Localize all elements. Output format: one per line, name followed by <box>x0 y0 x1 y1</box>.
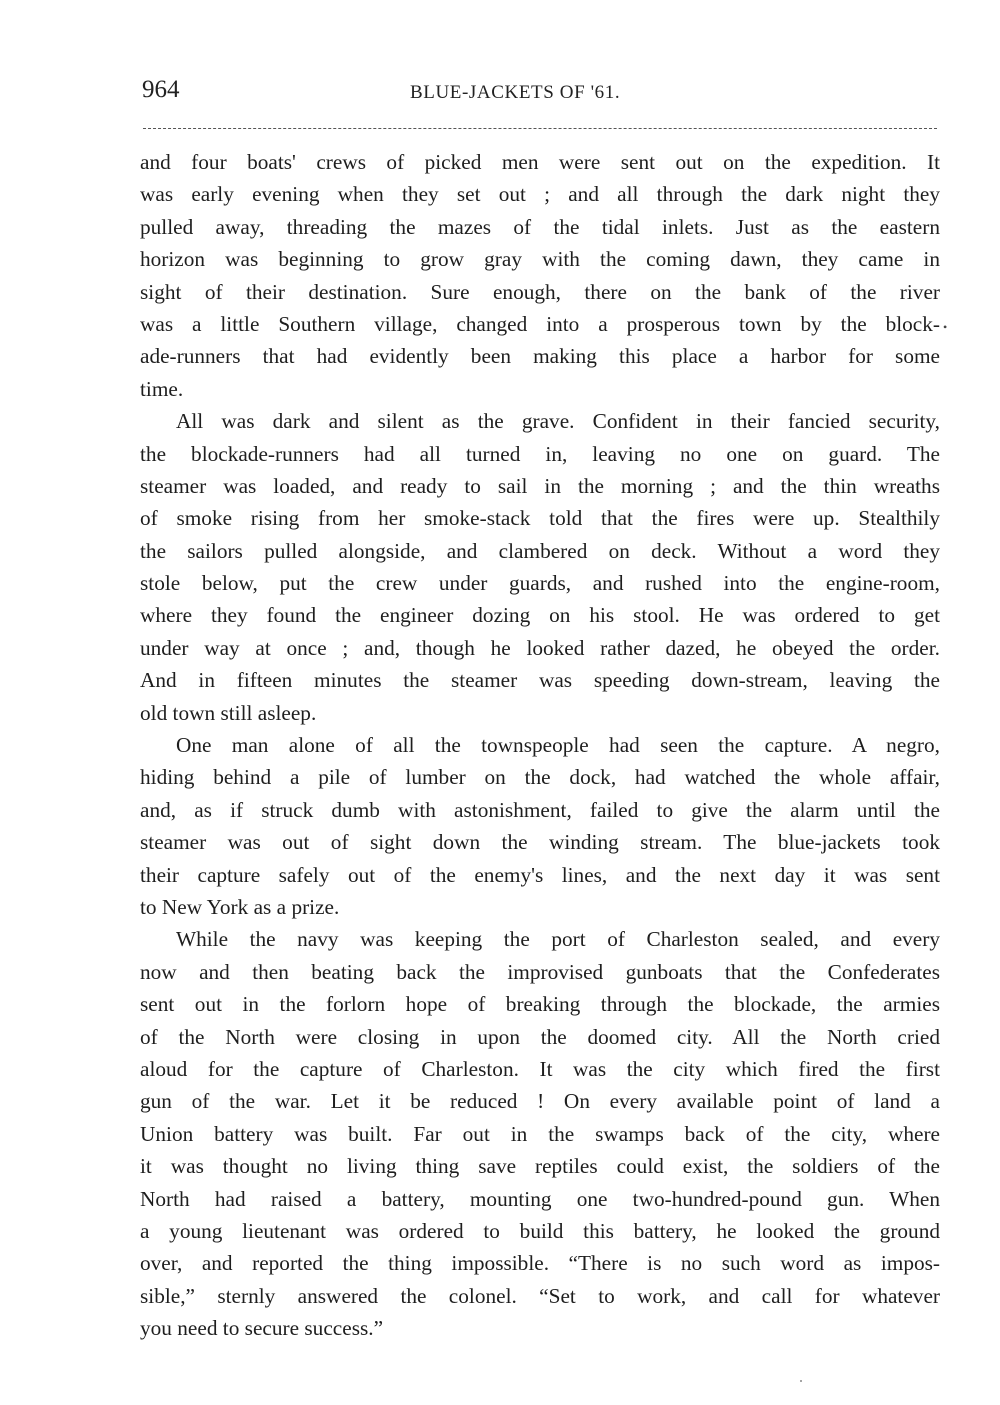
text-line: All was dark and silent as the grave. Co… <box>140 405 940 437</box>
text-line: One man alone of all the townspeople had… <box>140 729 940 761</box>
text-line: While the navy was keeping the port of C… <box>140 923 940 955</box>
text-line: the blockade-runners had all turned in, … <box>140 438 940 470</box>
text-line: of the North were closing in upon the do… <box>140 1021 940 1053</box>
text-line: of smoke rising from her smoke-stack tol… <box>140 502 940 534</box>
scan-artifact-dot <box>800 1380 802 1382</box>
text-line: their capture safely out of the enemy's … <box>140 859 940 891</box>
text-line: steamer was out of sight down the windin… <box>140 826 940 858</box>
body-text: and four boats' crews of picked men were… <box>140 146 940 1344</box>
paragraph: One man alone of all the townspeople had… <box>140 729 940 923</box>
text-line: over, and reported the thing impossible.… <box>140 1247 940 1279</box>
text-line: stole below, put the crew under guards, … <box>140 567 940 599</box>
text-line: old town still asleep. <box>140 697 940 729</box>
text-line: was early evening when they set out ; an… <box>140 178 940 210</box>
text-line: and, as if struck dumb with astonishment… <box>140 794 940 826</box>
text-line: under way at once ; and, though he looke… <box>140 632 940 664</box>
text-line: a young lieutenant was ordered to build … <box>140 1215 940 1247</box>
text-line: hiding behind a pile of lumber on the do… <box>140 761 940 793</box>
text-line: now and then beating back the improvised… <box>140 956 940 988</box>
text-line: pulled away, threading the mazes of the … <box>140 211 940 243</box>
text-line: and four boats' crews of picked men were… <box>140 146 940 178</box>
paragraph: All was dark and silent as the grave. Co… <box>140 405 940 729</box>
text-line: horizon was beginning to grow gray with … <box>140 243 940 275</box>
text-line: it was thought no living thing save rept… <box>140 1150 940 1182</box>
text-line: Union battery was built. Far out in the … <box>140 1118 940 1150</box>
text-line: sent out in the forlorn hope of breaking… <box>140 988 940 1020</box>
page-number: 964 <box>142 76 180 104</box>
text-line: ade-runners that had evidently been maki… <box>140 340 940 372</box>
text-line: to New York as a prize. <box>140 891 940 923</box>
text-line: the sailors pulled alongside, and clambe… <box>140 535 940 567</box>
text-line: North had raised a battery, mounting one… <box>140 1183 940 1215</box>
text-line: you need to secure success.” <box>140 1312 940 1344</box>
text-line: gun of the war. Let it be reduced ! On e… <box>140 1085 940 1117</box>
text-line: sight of their destination. Sure enough,… <box>140 276 940 308</box>
text-line: And in fifteen minutes the steamer was s… <box>140 664 940 696</box>
margin-mark: • <box>943 320 947 335</box>
paragraph: While the navy was keeping the port of C… <box>140 923 940 1344</box>
text-line: sible,” sternly answered the colonel. “S… <box>140 1280 940 1312</box>
text-line: steamer was loaded, and ready to sail in… <box>140 470 940 502</box>
paragraph: and four boats' crews of picked men were… <box>140 146 940 405</box>
running-head: BLUE-JACKETS OF '61. <box>410 82 620 104</box>
text-line: was a little Southern village, changed i… <box>140 308 940 340</box>
text-line: where they found the engineer dozing on … <box>140 599 940 631</box>
book-page: 964 BLUE-JACKETS OF '61. • and four boat… <box>0 0 1000 1405</box>
text-line: time. <box>140 373 940 405</box>
header-rule <box>143 128 937 129</box>
text-line: aloud for the capture of Charleston. It … <box>140 1053 940 1085</box>
